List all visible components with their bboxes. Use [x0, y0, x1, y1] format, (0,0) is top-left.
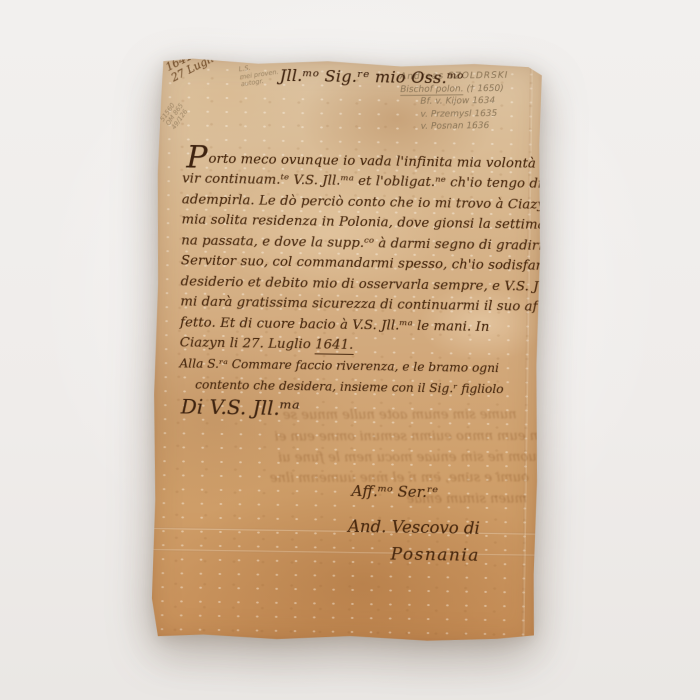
- signature-line: Aff.ᵐᵒ Ser.ʳᵉ: [351, 484, 438, 501]
- archivist-position: Bf. v. Kijow 1634: [420, 95, 508, 109]
- body-line: Servitor suo, col commandarmi spesso, ch…: [181, 254, 544, 274]
- corner-date-note: 1641 27 Luglio: [164, 57, 222, 84]
- body-line: desiderio et debito mio di osservarla se…: [181, 275, 544, 295]
- body-line: fetto. Et di cuore bacio à V.S. Jll.ᵐᵃ l…: [180, 316, 490, 334]
- body-line: adempirla. Le dò perciò conto che io mi …: [182, 193, 544, 212]
- letter-paper-wrap: 1641 27 Luglio L.S. mei proven. autogr. …: [149, 57, 544, 645]
- body-line: na passata, e dove la supp.ᶜᵒ à darmi se…: [181, 234, 544, 253]
- body-line: mi darà gratissima sicurezza di continua…: [180, 295, 542, 314]
- pencil-note: L.S. mei proven. autogr.: [238, 61, 280, 89]
- verso-showthrough-line: mi ounen eum nmno euimn semuni omne eun …: [274, 429, 544, 445]
- body-line: mia solita residenza in Polonia, dove gi…: [181, 213, 543, 232]
- date-line-place: Ciazyn li 27. Luglio: [180, 335, 316, 352]
- body-line: orto meco ovunque io vada l'infinita mia…: [208, 153, 544, 172]
- letter-paper: 1641 27 Luglio L.S. mei proven. autogr. …: [149, 57, 544, 645]
- date-line: Ciazyn li 27. Luglio 1641.: [180, 336, 354, 352]
- archivist-position: v. Posnan 1636: [421, 120, 509, 134]
- date-line-year: 1641.: [315, 337, 354, 355]
- salutation: Jll.ᵐᵒ Sig.ʳᵉ mio Oss.ᵐᵒ: [280, 68, 464, 88]
- archivist-position: v. Przemysl 1635: [420, 107, 508, 121]
- photo-background: 1641 27 Luglio L.S. mei proven. autogr. …: [0, 0, 700, 700]
- signature-line: And. Vescovo di: [348, 518, 480, 537]
- verso-showthrough-line: nume sim enum aote nulle mnue se: [283, 407, 517, 423]
- fold-crease-vertical: [521, 63, 533, 645]
- archivist-dates: († 1650): [466, 83, 503, 93]
- postscript-line: contento che desidera, insieme con il Si…: [195, 379, 504, 396]
- body-line: vir continuam.ᵗᵉ V.S. Jll.ᵐᵃ et l'obliga…: [182, 172, 542, 191]
- postscript-line: Alla S.ʳᵃ Commare faccio riverenza, e le…: [179, 357, 499, 375]
- drop-cap-initial: P: [186, 141, 207, 174]
- margin-scribble: 51560 OM 865 49/126: [159, 98, 191, 131]
- signature-line: Posnania: [390, 547, 480, 566]
- verso-showthrough-line: eun meuom ne sim enuae mocu nem le fune …: [278, 450, 544, 466]
